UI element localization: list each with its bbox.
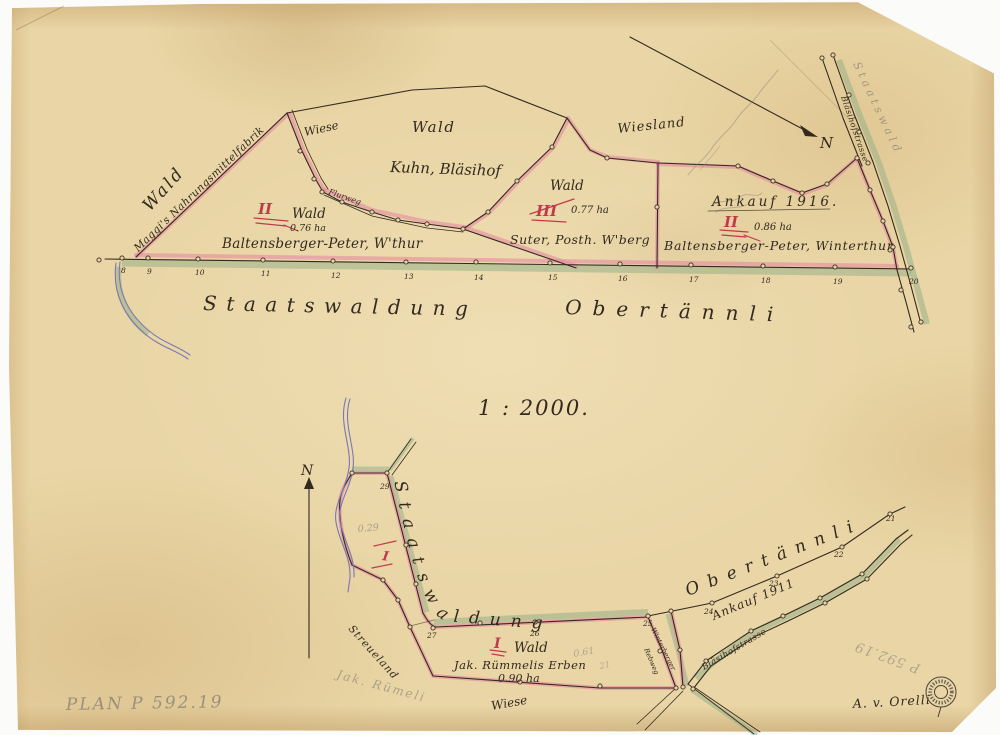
parcel-area: 0.90 ha [498, 672, 540, 685]
parcel-area: 0.77 ha [571, 205, 609, 216]
svg-text:10: 10 [195, 268, 205, 277]
map-canvas: Wald Maggi's Nahrungsmittelfabrik Wiese … [0, 0, 1000, 735]
rebweg-road-lower [637, 688, 683, 730]
plan-number-mirrored-pencil: P 592.19 [852, 638, 923, 677]
svg-text:18: 18 [761, 276, 771, 285]
pencil-measure-note-2: 21 [598, 660, 612, 672]
surveyor-signature: A. v. Orelli [851, 692, 931, 711]
svg-text:19: 19 [833, 277, 843, 286]
svg-text:22: 22 [833, 550, 844, 559]
parcel-type: Wald [292, 206, 326, 222]
parcel-owner: Baltensberger-Peter, W'thur [221, 236, 424, 252]
parcel-owner: Suter, Posth. W'berg [510, 232, 650, 247]
red-marks-upper [254, 199, 760, 241]
svg-text:8: 8 [121, 266, 126, 275]
svg-text:27: 27 [426, 631, 437, 640]
owner-pencil-label: Jak. Rümeli [332, 667, 427, 705]
svg-text:25: 25 [642, 619, 653, 628]
svg-text:26: 26 [529, 629, 540, 638]
wald-kuhn-label: Wald [412, 118, 455, 136]
parcel-numeral: I [493, 636, 501, 652]
wiesland-label: Wiesland [617, 115, 686, 137]
kuhn-owner-label: Kuhn, Bläsihof [389, 158, 504, 180]
paper-creases [16, 6, 860, 130]
svg-text:11: 11 [261, 269, 271, 278]
parcel-II-right: Ankauf 1916. II 0.86 ha Baltensberger-Pe… [663, 194, 894, 253]
svg-text:9: 9 [147, 267, 152, 276]
svg-text:12: 12 [331, 271, 341, 280]
plan-number-pencil: PLAN P 592.19 [65, 692, 224, 715]
parcel-pink-highlights-lower [340, 473, 683, 688]
pencil-measure-note: 0.61 [573, 645, 596, 660]
parcel-area: 0.76 ha [290, 223, 326, 234]
parcel-numeral: II [723, 213, 739, 231]
parcel-area: 0.86 ha [754, 222, 792, 233]
region-label-staatswaldung-lower: Staatswaldung [389, 479, 553, 635]
wiese-label-lower: Wiese [490, 693, 528, 713]
svg-text:17: 17 [689, 275, 699, 284]
parcel-type: Wald [550, 178, 584, 194]
svg-text:20: 20 [908, 277, 919, 286]
parcel-type: Wald [514, 640, 548, 656]
north-label-upper: N [819, 134, 834, 152]
svg-text:24: 24 [703, 607, 714, 616]
parcel-owner: Baltensberger-Peter, Winterthur [663, 238, 894, 253]
pencil-area-note: 0.29 [357, 522, 379, 535]
svg-text:23: 23 [768, 579, 779, 588]
north-arrow-lower [304, 477, 314, 658]
lower-map: N Staatswaldung Obertännli Ankauf 1911 B… [300, 398, 912, 735]
svg-text:29: 29 [379, 482, 390, 491]
svg-text:15: 15 [548, 273, 558, 282]
svg-text:14: 14 [474, 273, 484, 282]
blaesihofstrasse-road-label-lower: Bläsihofstrasse [700, 627, 769, 673]
parcel-purchase-note: Ankauf 1916. [710, 194, 839, 210]
north-label-lower: N [300, 463, 314, 479]
upper-lobe-numeral: I [380, 549, 390, 565]
svg-text:21: 21 [885, 514, 896, 523]
region-word-obertaennli: Obertännli [565, 295, 785, 327]
svg-text:13: 13 [404, 272, 414, 281]
parcel-numeral: II [257, 200, 273, 218]
upper-map: Wald Maggi's Nahrungsmittelfabrik Wiese … [97, 37, 927, 359]
parcel-III-middle: Wald III 0.77 ha Suter, Posth. W'berg [510, 178, 650, 247]
scanned-plan-page: Wald Maggi's Nahrungsmittelfabrik Wiese … [0, 0, 1000, 735]
parcel-owner: Jak. Rümmelis Erben [452, 658, 586, 672]
wiese-label: Wiese [303, 118, 340, 139]
svg-text:16: 16 [618, 274, 628, 283]
parcel-II-left: II Wald 0.76 ha Baltensberger-Peter, W't… [221, 200, 424, 252]
region-word-staatswaldung: Staatswaldung [203, 291, 478, 321]
parcel-numeral: III [535, 202, 558, 220]
scale-label: 1 : 2000. [478, 396, 590, 420]
